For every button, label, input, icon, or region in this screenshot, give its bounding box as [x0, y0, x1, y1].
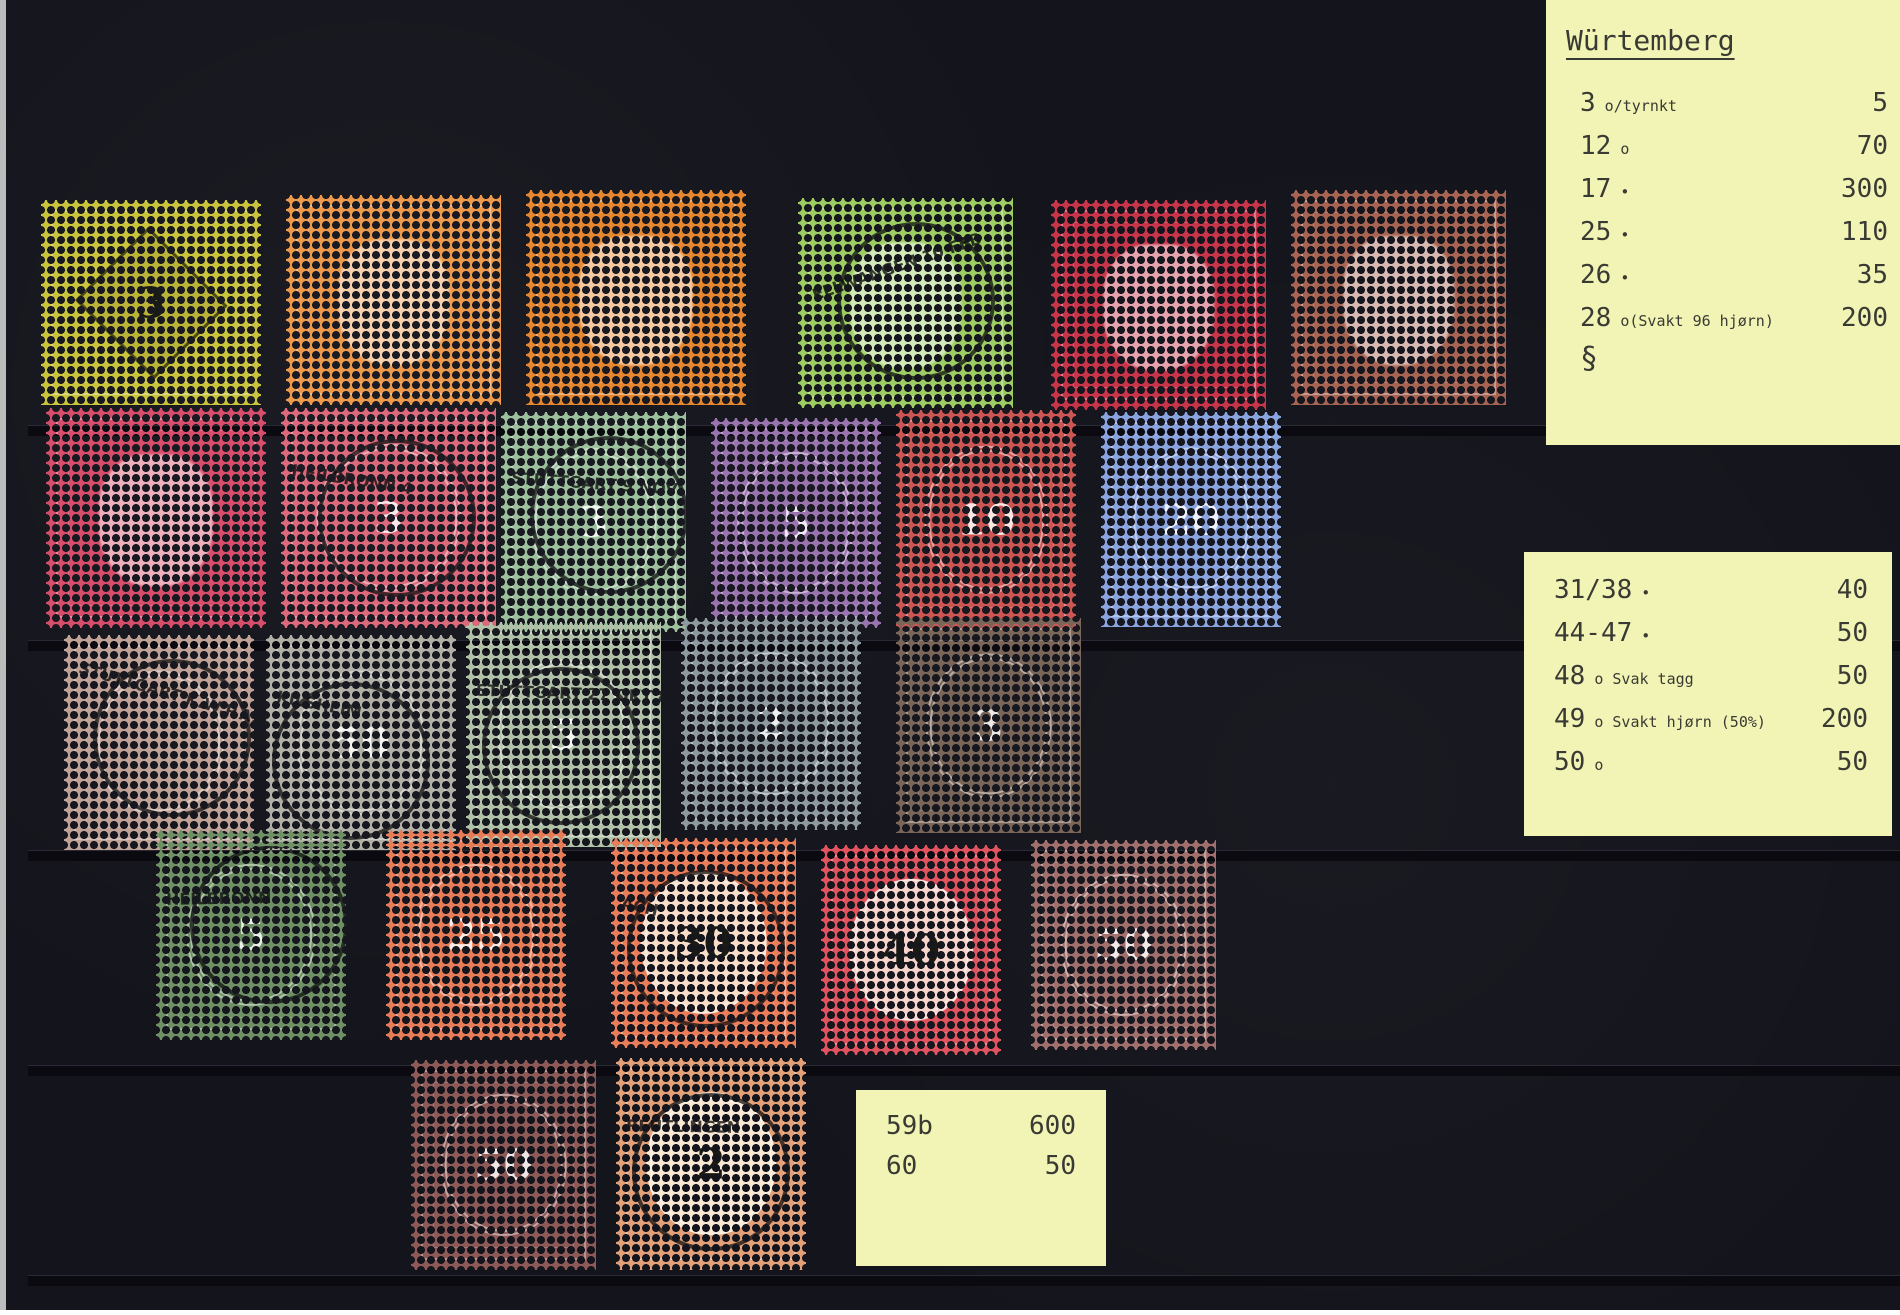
price-value: 300: [1841, 169, 1888, 212]
stamp: 5: [711, 418, 881, 628]
price-value: 5: [1872, 83, 1888, 126]
coat-of-arms-icon: [1103, 245, 1215, 371]
stamp: 3HEILBRONN 4: [281, 408, 496, 628]
price-row: 25 •110: [1580, 212, 1888, 255]
stamp: 10: [896, 410, 1076, 630]
postmark-circle-icon: [530, 436, 687, 594]
price-value: 50: [1837, 742, 1868, 785]
catalog-number: 26 •: [1580, 255, 1629, 298]
stamp-value: 50: [1031, 921, 1216, 970]
note-title: Würtemberg: [1566, 24, 1888, 57]
catalog-number: 60: [886, 1146, 917, 1186]
condition-mark: •: [1632, 627, 1650, 645]
price-value: 600: [1029, 1106, 1076, 1146]
price-row: 26 •35: [1580, 255, 1888, 298]
price-row: 12 o70: [1580, 126, 1888, 169]
stockcard-strip: [28, 1275, 1900, 1286]
stamp-value: 20: [1101, 495, 1281, 544]
stamp: [1291, 190, 1506, 405]
condition-mark: o Svak tagg: [1585, 670, 1693, 688]
stamp: 50KILSHEIM: [266, 635, 456, 850]
price-value: 40: [1837, 570, 1868, 613]
price-value: 200: [1841, 298, 1888, 341]
catalog-number: 12 o: [1580, 126, 1629, 169]
stamp-value: 40: [821, 926, 1001, 975]
stamp: 5HEILBRONN: [156, 830, 346, 1040]
catalog-number: 28 o(Svakt 96 hjørn): [1580, 298, 1774, 341]
catalog-number: 25 •: [1580, 212, 1629, 255]
catalog-number: 17 •: [1580, 169, 1629, 212]
condition-mark: o(Svakt 96 hjørn): [1611, 312, 1774, 330]
stamp: 2REUTLINGEN: [616, 1058, 806, 1270]
catalog-number: 44-47 •: [1554, 613, 1650, 656]
stamp: 5STUTTGART 27 OKT 88 7-8N: [466, 622, 661, 847]
price-note-main: Würtemberg 3 o/tyrnkt512 o7017 •30025 •1…: [1546, 0, 1900, 445]
coat-of-arms-icon: [338, 240, 450, 366]
catalog-number: 31/38 •: [1554, 570, 1650, 613]
stamp-value: 25: [386, 911, 566, 960]
stamp: 20: [1101, 412, 1281, 627]
catalog-number: 59b: [886, 1106, 933, 1146]
note-footer-mark: §: [1566, 341, 1888, 376]
price-row: 3 o/tyrnkt5: [1580, 83, 1888, 126]
catalog-number: 50 o: [1554, 742, 1603, 785]
stockcard-strip: [28, 1065, 1900, 1076]
price-value: 110: [1841, 212, 1888, 255]
stockcard: 3ELLWANGEN 10 FEB3HEILBRONN 43STUTTGART …: [0, 0, 1900, 1310]
stamp: 30ACH: [611, 838, 796, 1048]
stamp: 3STUTTGART 9 NOV: [501, 412, 686, 632]
stamp: 3: [41, 200, 261, 405]
condition-mark: o: [1585, 756, 1603, 774]
price-value: 50: [1837, 613, 1868, 656]
postmark-text: HEILBRONN: [166, 888, 272, 909]
price-row: 31/38 •40: [1554, 570, 1868, 613]
postmark-circle-icon: [318, 439, 476, 597]
catalog-number: 3 o/tyrnkt: [1580, 83, 1677, 126]
postmark-circle-icon: [627, 870, 785, 1028]
stamp: 40: [821, 845, 1001, 1055]
stamp-value: 5: [711, 499, 881, 548]
stamp: 3: [896, 618, 1081, 833]
condition-mark: •: [1611, 183, 1629, 201]
stamp-value: 10: [896, 496, 1076, 545]
stamp: 2: [681, 618, 861, 830]
price-row: 49 o Svakt hjørn (50%)200: [1554, 699, 1868, 742]
stamp: ELLWANGEN 10 FEB: [798, 198, 1013, 408]
stamp: 50: [1031, 840, 1216, 1050]
stamp-value: 2: [681, 700, 861, 749]
stamp-value: 3: [896, 701, 1081, 750]
stamp: [286, 195, 501, 405]
condition-mark: •: [1611, 226, 1629, 244]
price-value: 50: [1045, 1146, 1076, 1186]
price-row: 17 •300: [1580, 169, 1888, 212]
price-value: 35: [1857, 255, 1888, 298]
stamp: [526, 190, 746, 405]
price-note-middle: 31/38 •4044-47 •5048 o Svak tagg5049 o S…: [1524, 552, 1892, 836]
postmark-circle-icon: [190, 846, 346, 1004]
stamp: [46, 408, 266, 628]
price-row: 28 o(Svakt 96 hjørn)200: [1580, 298, 1888, 341]
condition-mark: o: [1611, 140, 1629, 158]
coat-of-arms-icon: [99, 455, 213, 587]
price-value: 70: [1857, 126, 1888, 169]
postmark-text: REUTLINGEN: [626, 1116, 740, 1137]
condition-mark: o Svakt hjørn (50%): [1585, 713, 1766, 731]
stamp: STUTTGART K.W.P.A.1 25 1 78: [64, 635, 254, 850]
price-note-bottom: 59b6006050: [856, 1090, 1106, 1266]
catalog-number: 48 o Svak tagg: [1554, 656, 1694, 699]
catalog-number: 49 o Svakt hjørn (50%): [1554, 699, 1766, 742]
stamp-value: 50: [411, 1141, 596, 1190]
stamp: [1051, 200, 1266, 410]
price-row: 6050: [886, 1146, 1076, 1186]
stamp: 25: [386, 830, 566, 1040]
coat-of-arms-icon: [1343, 236, 1455, 365]
price-value: 200: [1821, 699, 1868, 742]
price-row: 50 o50: [1554, 742, 1868, 785]
condition-mark: o/tyrnkt: [1596, 97, 1677, 115]
stamp-value: 3: [41, 278, 261, 327]
condition-mark: •: [1632, 584, 1650, 602]
condition-mark: •: [1611, 269, 1629, 287]
price-row: 44-47 •50: [1554, 613, 1868, 656]
price-row: 48 o Svak tagg50: [1554, 656, 1868, 699]
price-row: 59b600: [886, 1106, 1076, 1146]
stamp: 50: [411, 1060, 596, 1270]
coat-of-arms-icon: [579, 236, 693, 365]
price-value: 50: [1837, 656, 1868, 699]
